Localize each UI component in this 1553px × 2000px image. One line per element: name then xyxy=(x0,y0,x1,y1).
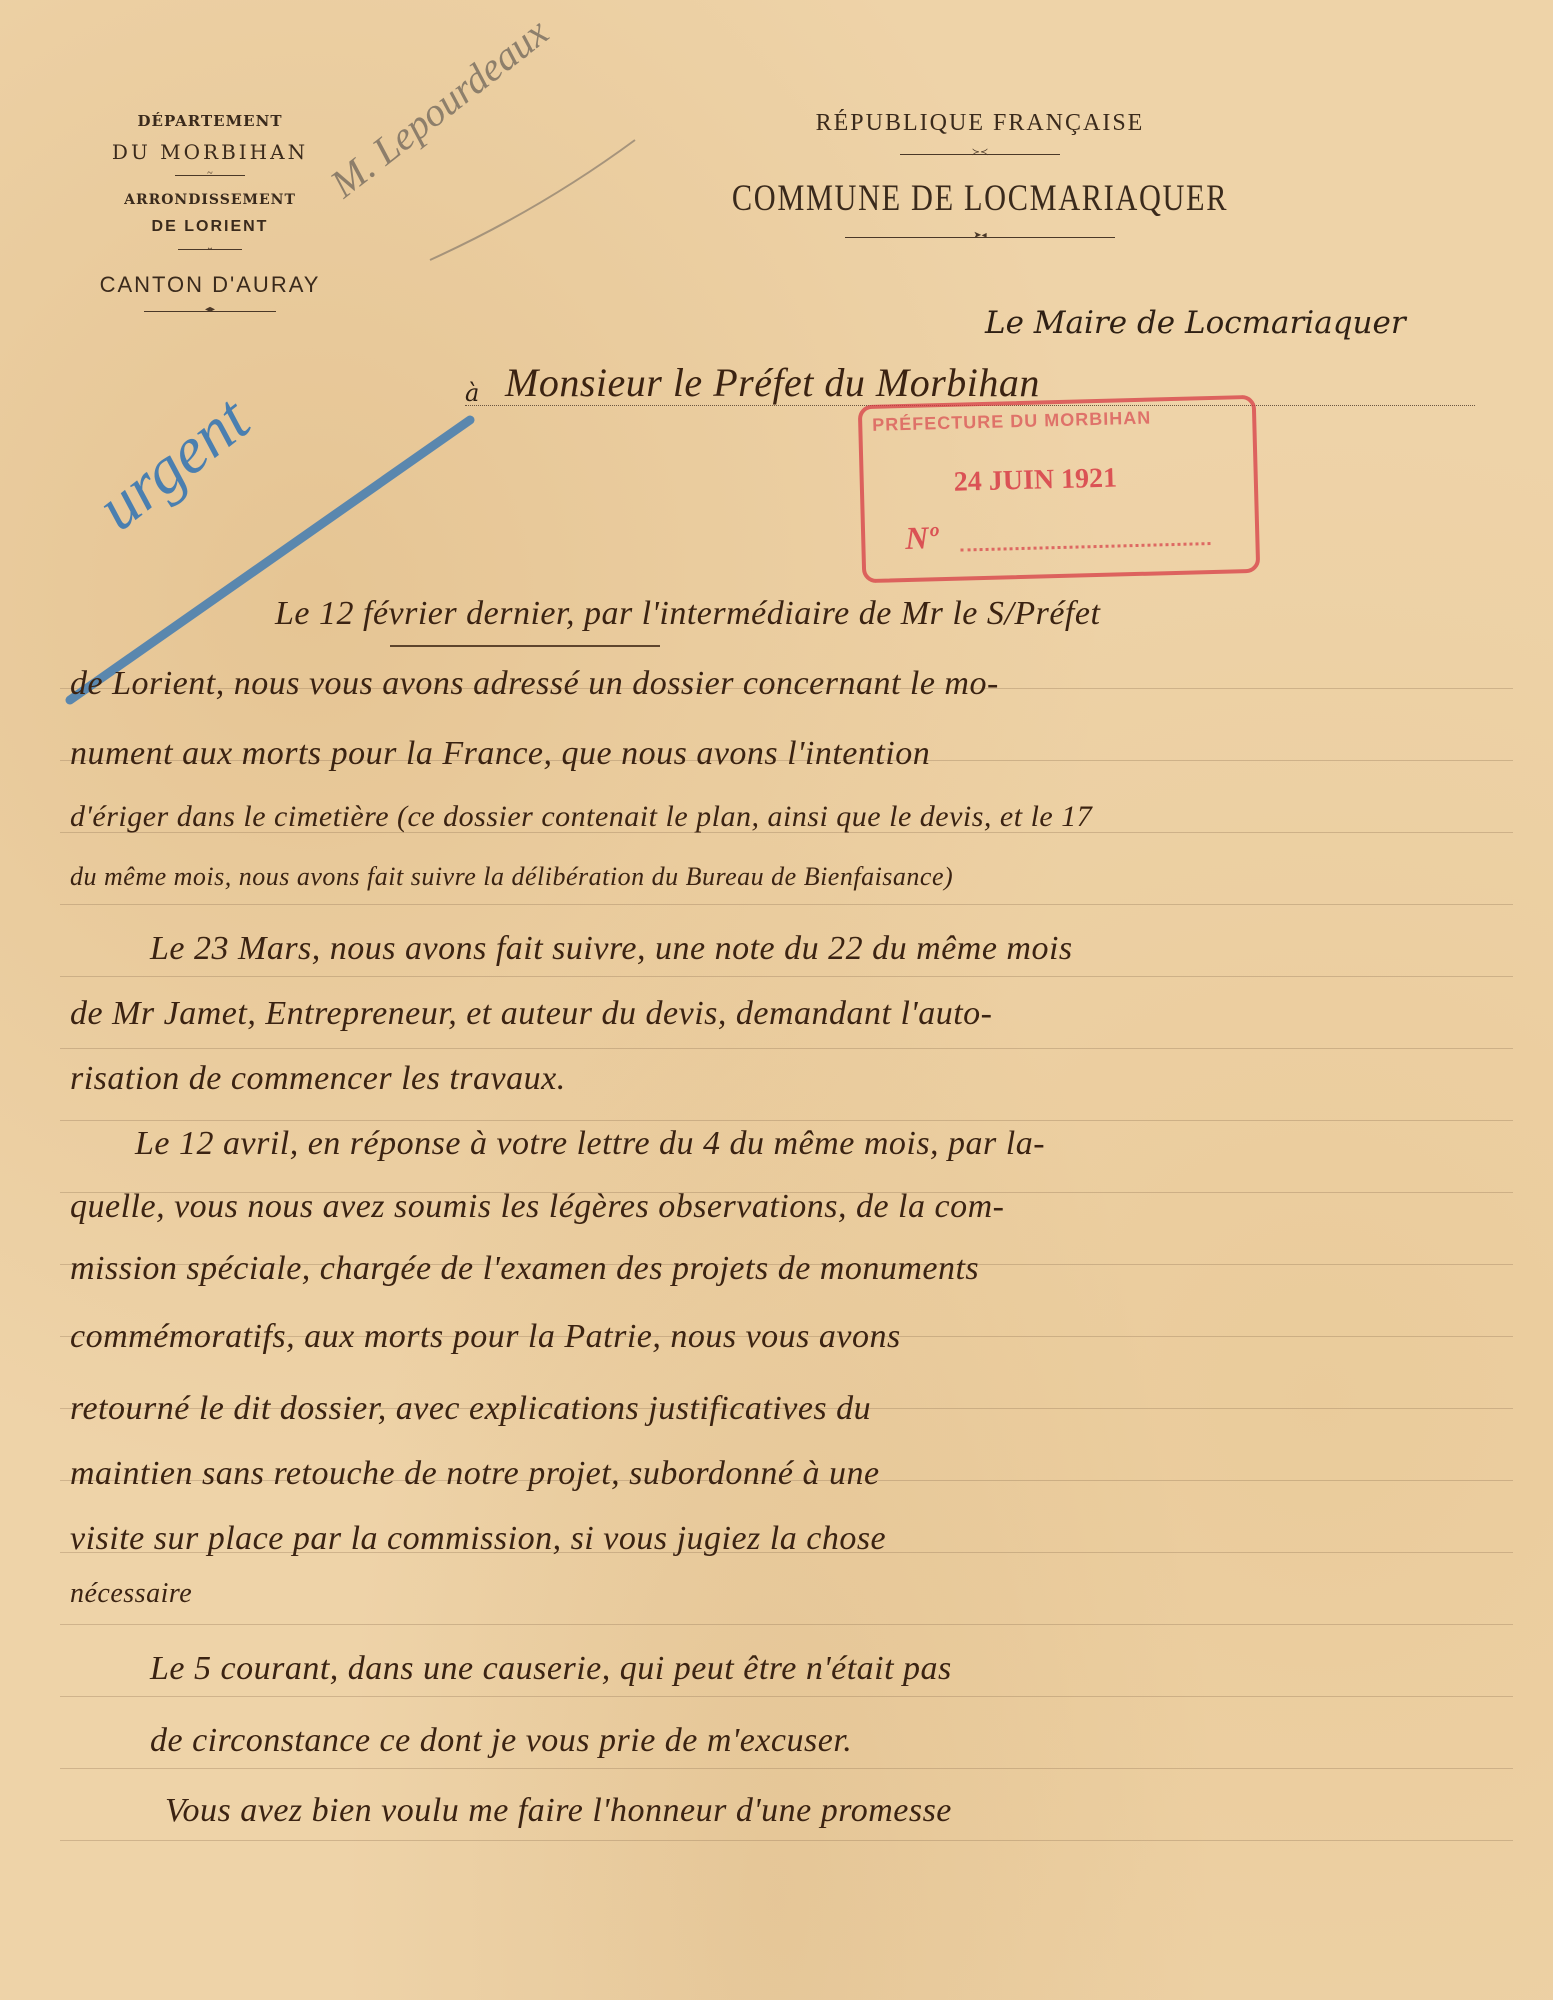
body-line: nument aux morts pour la France, que nou… xyxy=(70,735,930,773)
pencil-underline xyxy=(420,120,650,270)
body-line: Vous avez bien voulu me faire l'honneur … xyxy=(165,1792,952,1830)
ruled-line xyxy=(60,1624,1513,1625)
body-line: visite sur place par la commission, si v… xyxy=(70,1520,886,1558)
body-line: nécessaire xyxy=(70,1578,192,1610)
body-line: maintien sans retouche de notre projet, … xyxy=(70,1455,880,1493)
body-line: mission spéciale, chargée de l'examen de… xyxy=(70,1250,979,1288)
recipient-name: Monsieur le Préfet du Morbihan xyxy=(505,359,1040,406)
body-line: du même mois, nous avons fait suivre la … xyxy=(70,862,953,892)
arrondissement-label: ARRONDISSEMENT xyxy=(60,192,360,208)
body-line: Le 12 février dernier, par l'intermédiai… xyxy=(275,595,1100,633)
body-line: retourné le dit dossier, avec explicatio… xyxy=(70,1390,871,1428)
received-stamp: PRÉFECTURE DU MORBIHAN 24 JUIN 1921 Nº xyxy=(858,395,1261,583)
body-line: de circonstance ce dont je vous prie de … xyxy=(150,1722,852,1760)
letterhead-center: RÉPUBLIQUE FRANÇAISE ≻≺ COMMUNE DE LOCMA… xyxy=(620,110,1340,242)
stamp-date: 24 JUIN 1921 xyxy=(953,462,1117,498)
date-underline xyxy=(390,645,660,647)
republic-title: RÉPUBLIQUE FRANÇAISE xyxy=(620,110,1340,137)
ruled-line xyxy=(60,904,1513,905)
canton-name: CANTON D'AURAY xyxy=(60,272,360,298)
department-label: DÉPARTEMENT xyxy=(60,112,360,130)
ruled-line xyxy=(60,1768,1513,1769)
letterhead-left: DÉPARTEMENT DU MORBIHAN ~ ARRONDISSEMENT… xyxy=(60,112,360,316)
stamp-number-label: Nº xyxy=(905,519,939,557)
recipient-line: à Monsieur le Préfet du Morbihan xyxy=(465,373,1475,406)
stamp-number-field xyxy=(961,542,1211,552)
ornament-divider: ⌄ xyxy=(178,244,242,254)
body-line: Le 5 courant, dans une causerie, qui peu… xyxy=(150,1650,952,1688)
ruled-line xyxy=(60,976,1513,977)
commune-title: COMMUNE DE LOCMARIAQUER xyxy=(685,177,1275,220)
stamp-header: PRÉFECTURE DU MORBIHAN xyxy=(872,408,1151,436)
body-line: de Mr Jamet, Entrepreneur, et auteur du … xyxy=(70,995,992,1033)
ornament-divider: ◂▸ xyxy=(144,306,276,316)
ruled-line xyxy=(60,1120,1513,1121)
recipient-prefix: à xyxy=(465,379,479,407)
body-line: de Lorient, nous vous avons adressé un d… xyxy=(70,665,999,703)
sender-line: Le Maire de Locmariaquer xyxy=(985,305,1406,341)
ornament-divider: ≻≺ xyxy=(900,149,1060,159)
body-line: risation de commencer les travaux. xyxy=(70,1060,566,1098)
ruled-line xyxy=(60,1840,1513,1841)
ruled-line xyxy=(60,1696,1513,1697)
body-line: commémoratifs, aux morts pour la Patrie,… xyxy=(70,1318,901,1356)
ruled-line xyxy=(60,1048,1513,1049)
arrondissement-name: DE LORIENT xyxy=(60,218,360,236)
department-name: DU MORBIHAN xyxy=(60,140,360,164)
body-line: d'ériger dans le cimetière (ce dossier c… xyxy=(70,800,1092,834)
body-line: Le 12 avril, en réponse à votre lettre d… xyxy=(135,1125,1045,1163)
ornament-divider: ~ xyxy=(175,170,245,180)
ornament-divider: ➤◂ xyxy=(845,232,1115,242)
body-line: Le 23 Mars, nous avons fait suivre, une … xyxy=(150,930,1073,968)
body-line: quelle, vous nous avez soumis les légère… xyxy=(70,1188,1004,1226)
